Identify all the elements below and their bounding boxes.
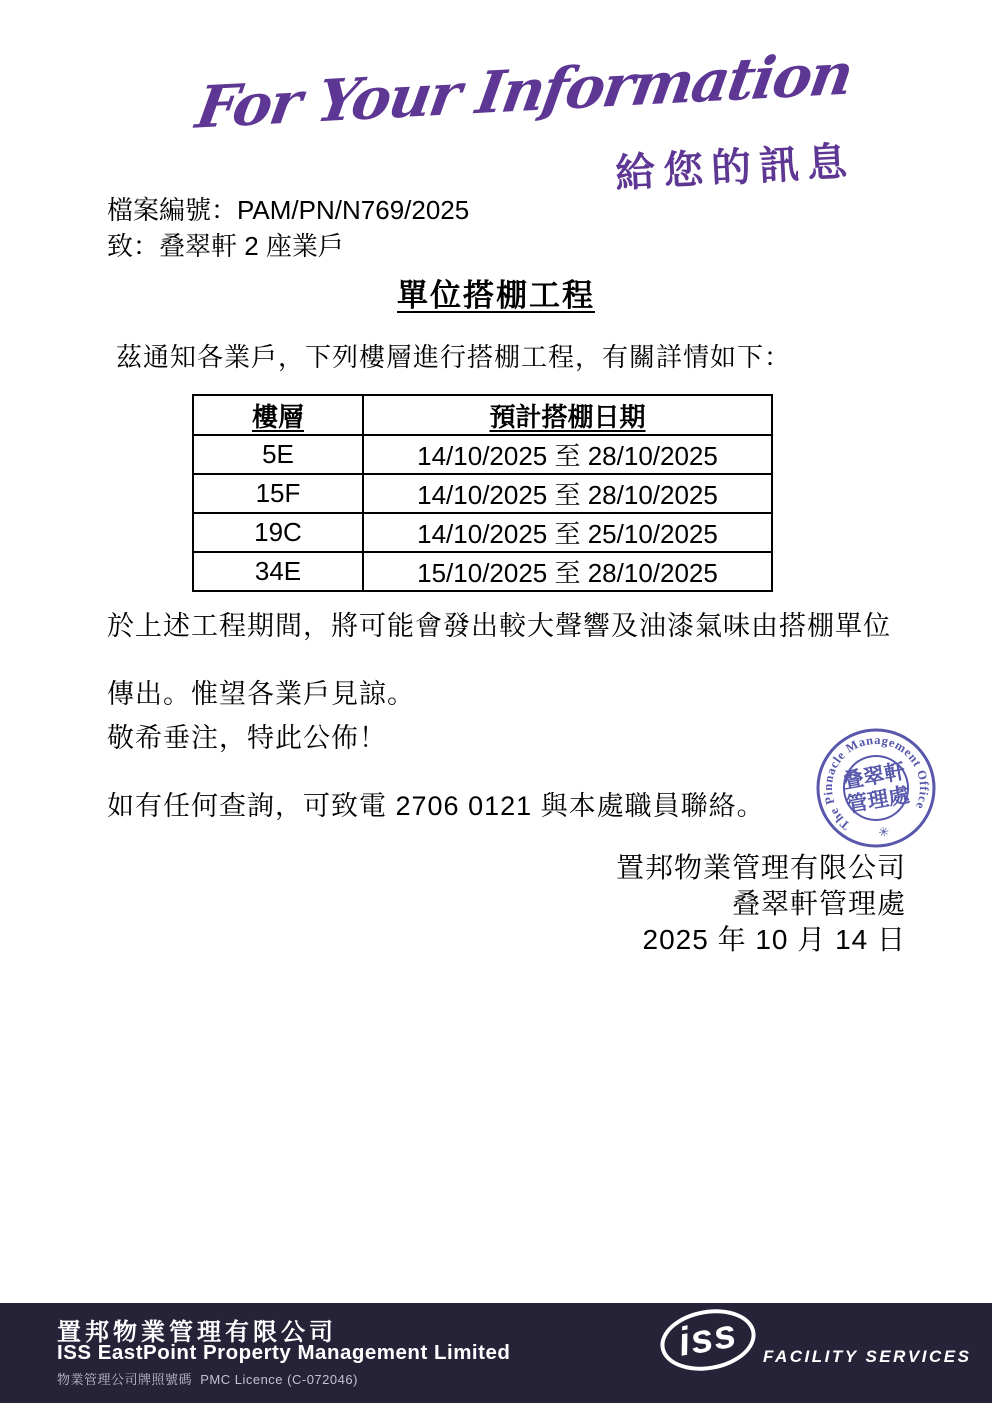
table-row: 34E 15/10/2025 至 28/10/2025 <box>193 552 772 591</box>
stamp-bottom-symbol: ✳ <box>877 823 890 840</box>
addressee-value: 叠翠軒 2 座業戶 <box>159 231 344 261</box>
table-header-row: 樓層 預計搭棚日期 <box>193 395 772 435</box>
dates-cell: 15/10/2025 至 28/10/2025 <box>363 552 772 591</box>
addressee-line: 致：叠翠軒 2 座業戶 <box>107 228 469 264</box>
page-title: 單位搭棚工程 <box>0 270 992 315</box>
scaffolding-schedule-table: 樓層 預計搭棚日期 5E 14/10/2025 至 28/10/2025 15F… <box>192 394 773 592</box>
table-row: 15F 14/10/2025 至 28/10/2025 <box>193 474 772 513</box>
notice-document: For Your Information 給您的訊息 檔案編號：PAM/PN/N… <box>0 0 992 1403</box>
iss-logo: iss <box>656 1302 761 1378</box>
floor-cell: 34E <box>193 552 363 591</box>
intro-paragraph: 茲通知各業戶，下列樓層進行搭棚工程，有關詳情如下： <box>116 337 791 374</box>
signature-company: 置邦物業管理有限公司 <box>616 850 906 886</box>
column-header-floor: 樓層 <box>193 395 363 435</box>
signature-date: 2025 年 10 月 14 日 <box>616 922 906 958</box>
contact-paragraph: 如有任何查詢，可致電 2706 0121 與本處職員聯絡。 <box>107 784 765 823</box>
footer-licence: 物業管理公司牌照號碼 PMC Licence (C-072046) <box>57 1369 358 1388</box>
floor-cell: 15F <box>193 474 363 513</box>
signature-block: 置邦物業管理有限公司 叠翠軒管理處 2025 年 10 月 14 日 <box>616 850 906 958</box>
signature-office: 叠翠軒管理處 <box>616 886 906 922</box>
noise-paragraph: 於上述工程期間，將可能會發出較大聲響及油漆氣味由搭棚單位傳出。惟望各業戶見諒。 <box>107 592 907 728</box>
footer-bar: 置邦物業管理有限公司 ISS EastPoint Property Manage… <box>0 1303 992 1403</box>
floor-cell: 5E <box>193 435 363 474</box>
fyi-script-title: For Your Information <box>192 42 809 141</box>
meta-block: 檔案編號：PAM/PN/N769/2025 致：叠翠軒 2 座業戶 <box>107 192 469 264</box>
file-ref-value: PAM/PN/N769/2025 <box>237 195 469 225</box>
dates-cell: 14/10/2025 至 25/10/2025 <box>363 513 772 552</box>
file-ref-line: 檔案編號：PAM/PN/N769/2025 <box>107 192 469 228</box>
dates-cell: 14/10/2025 至 28/10/2025 <box>363 474 772 513</box>
table-row: 19C 14/10/2025 至 25/10/2025 <box>193 513 772 552</box>
iss-tagline: FACILITY SERVICES <box>763 1347 971 1367</box>
office-stamp: The Pinnacle Management Office 叠翠軒 管理處 ✳ <box>798 710 954 866</box>
column-header-dates: 預計搭棚日期 <box>363 395 772 435</box>
fyi-script-subtitle: 給您的訊息 <box>614 130 857 199</box>
dates-cell: 14/10/2025 至 28/10/2025 <box>363 435 772 474</box>
file-ref-label: 檔案編號： <box>107 195 237 225</box>
iss-logo-text: iss <box>675 1313 740 1367</box>
attention-paragraph: 敬希垂注，特此公佈！ <box>107 716 387 755</box>
table-row: 5E 14/10/2025 至 28/10/2025 <box>193 435 772 474</box>
floor-cell: 19C <box>193 513 363 552</box>
addressee-label: 致： <box>107 231 159 261</box>
footer-company-en: ISS EastPoint Property Management Limite… <box>57 1341 510 1365</box>
